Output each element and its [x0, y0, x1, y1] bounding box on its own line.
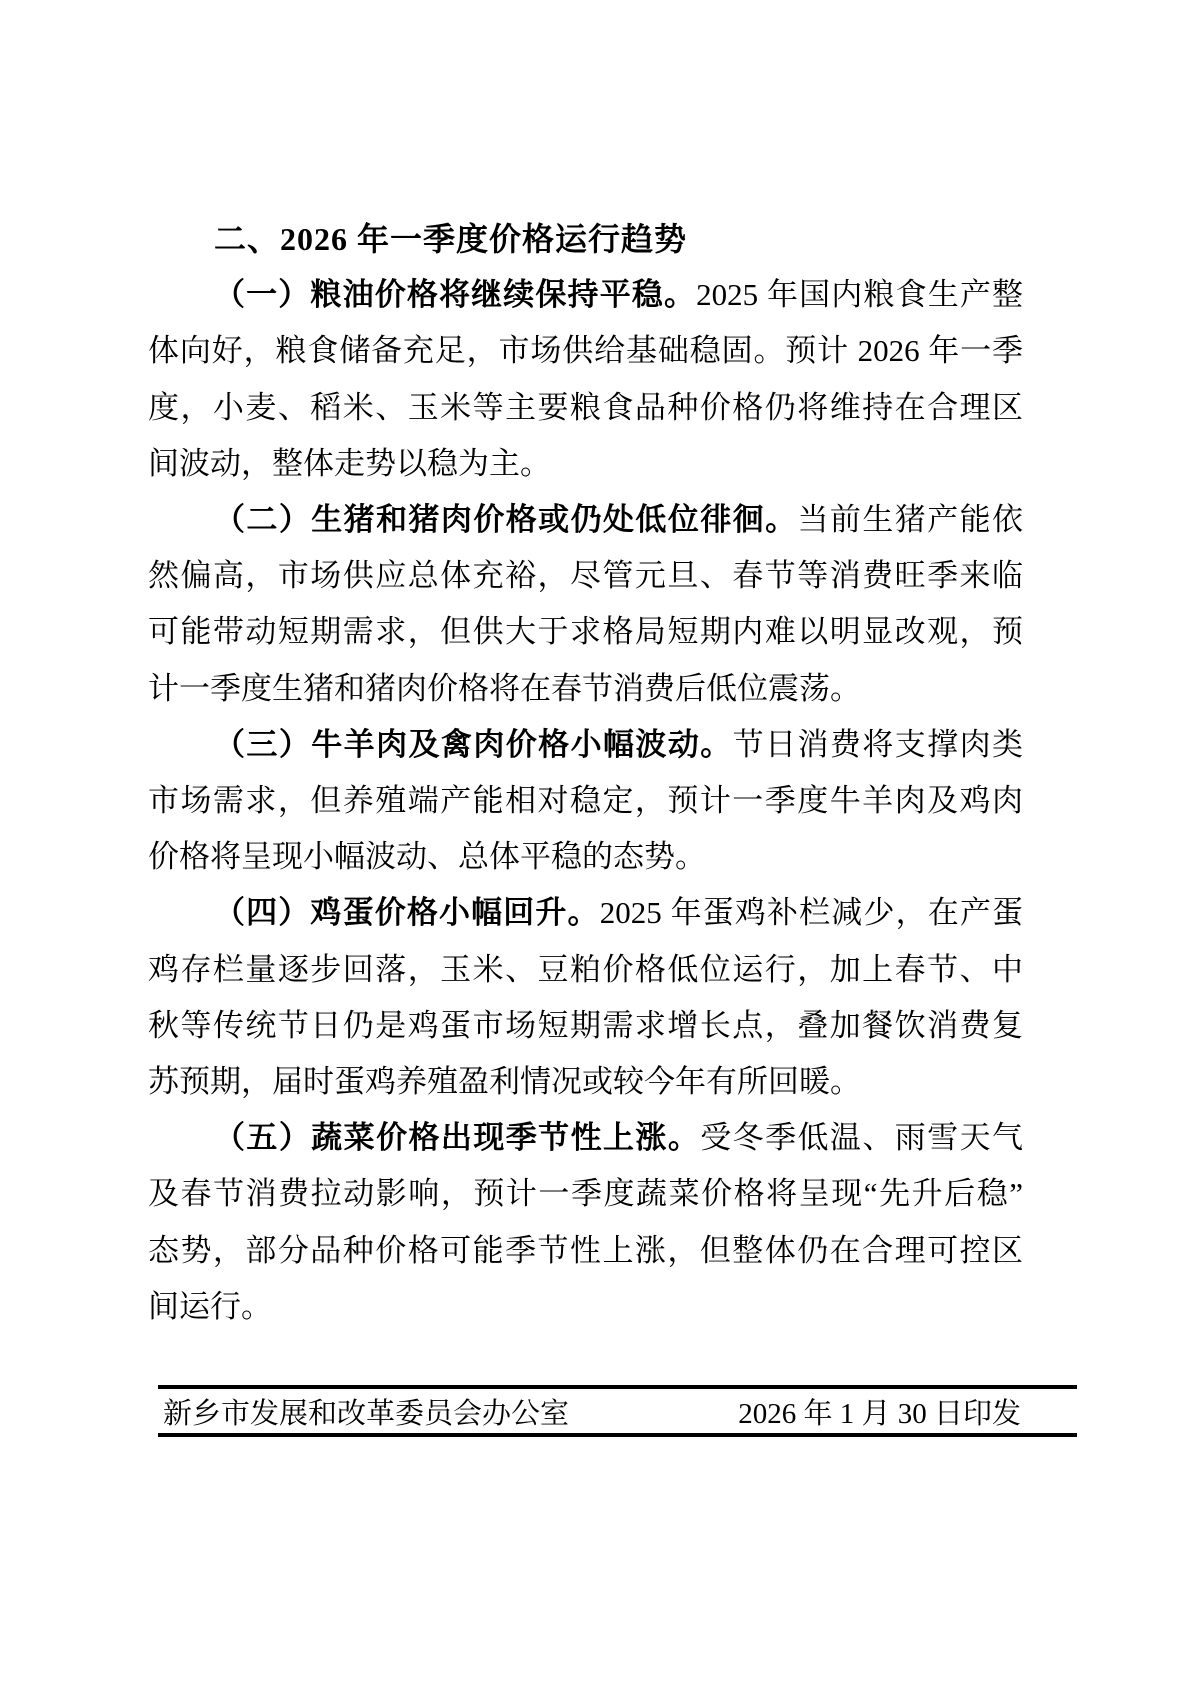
document-body: 二、2026 年一季度价格运行趋势 （一）粮油价格将继续保持平稳。2025 年国…	[148, 211, 1023, 1335]
document-page: { "colors": { "background": "#ffffff", "…	[0, 0, 1190, 1683]
paragraph-lead: （三）牛羊肉及禽肉价格小幅波动。	[214, 727, 733, 762]
paragraph-text: 受冬季低温、雨雪天气	[700, 1120, 1023, 1155]
paragraph-line: 态势，部分品种价格可能季节性上涨，但整体仍在合理可控区	[148, 1223, 1023, 1279]
paragraph-text: 当前生猪产能依	[798, 502, 1024, 537]
paragraph-line: 度，小麦、稻米、玉米等主要粮食品种价格仍将维持在合理区	[148, 380, 1023, 436]
paragraph-line: 间运行。	[148, 1279, 1023, 1335]
paragraph-lead: （一）粮油价格将继续保持平稳。	[214, 277, 696, 312]
paragraph-line: （三）牛羊肉及禽肉价格小幅波动。节日消费将支撑肉类	[148, 717, 1023, 773]
paragraph-lead: （四）鸡蛋价格小幅回升。	[214, 895, 600, 930]
section-title: 二、2026 年一季度价格运行趋势	[148, 211, 1023, 267]
paragraph-line: 价格将呈现小幅波动、总体平稳的态势。	[148, 829, 1023, 885]
paragraph-line: 体向好，粮食储备充足，市场供给基础稳固。预计 2026 年一季	[148, 323, 1023, 379]
paragraph-line: 鸡存栏量逐步回落，玉米、豆粕价格低位运行，加上春节、中	[148, 942, 1023, 998]
footer: 新乡市发展和改革委员会办公室 2026 年 1 月 30 日印发	[158, 1385, 1077, 1437]
paragraph-line: 可能带动短期需求，但供大于求格局短期内难以明显改观，预	[148, 604, 1023, 660]
footer-print-date: 2026 年 1 月 30 日印发	[738, 1391, 1021, 1432]
paragraph-line: 秋等传统节日仍是鸡蛋市场短期需求增长点，叠加餐饮消费复	[148, 998, 1023, 1054]
paragraph-line: （五）蔬菜价格出现季节性上涨。受冬季低温、雨雪天气	[148, 1110, 1023, 1166]
footer-issuer: 新乡市发展和改革委员会办公室	[163, 1391, 569, 1432]
paragraph-line: （二）生猪和猪肉价格或仍处低位徘徊。当前生猪产能依	[148, 492, 1023, 548]
paragraph-line: 然偏高，市场供应总体充裕，尽管元旦、春节等消费旺季来临	[148, 548, 1023, 604]
paragraph-text: 2025 年蛋鸡补栏减少，在产蛋	[600, 895, 1023, 930]
paragraph-line: （一）粮油价格将继续保持平稳。2025 年国内粮食生产整	[148, 267, 1023, 323]
paragraph-line: 市场需求，但养殖端产能相对稳定，预计一季度牛羊肉及鸡肉	[148, 773, 1023, 829]
paragraph-line: （四）鸡蛋价格小幅回升。2025 年蛋鸡补栏减少，在产蛋	[148, 885, 1023, 941]
paragraph-lead: （二）生猪和猪肉价格或仍处低位徘徊。	[214, 502, 798, 537]
paragraph-text: 节日消费将支撑肉类	[733, 727, 1023, 762]
paragraph-line: 计一季度生猪和猪肉价格将在春节消费后低位震荡。	[148, 661, 1023, 717]
paragraph-text: 2025 年国内粮食生产整	[696, 277, 1023, 312]
paragraph-lead: （五）蔬菜价格出现季节性上涨。	[214, 1120, 700, 1155]
paragraph-line: 间波动，整体走势以稳为主。	[148, 436, 1023, 492]
paragraph-line: 及春节消费拉动影响，预计一季度蔬菜价格将呈现“先升后稳”	[148, 1166, 1023, 1222]
paragraph-line: 苏预期，届时蛋鸡养殖盈利情况或较今年有所回暖。	[148, 1054, 1023, 1110]
